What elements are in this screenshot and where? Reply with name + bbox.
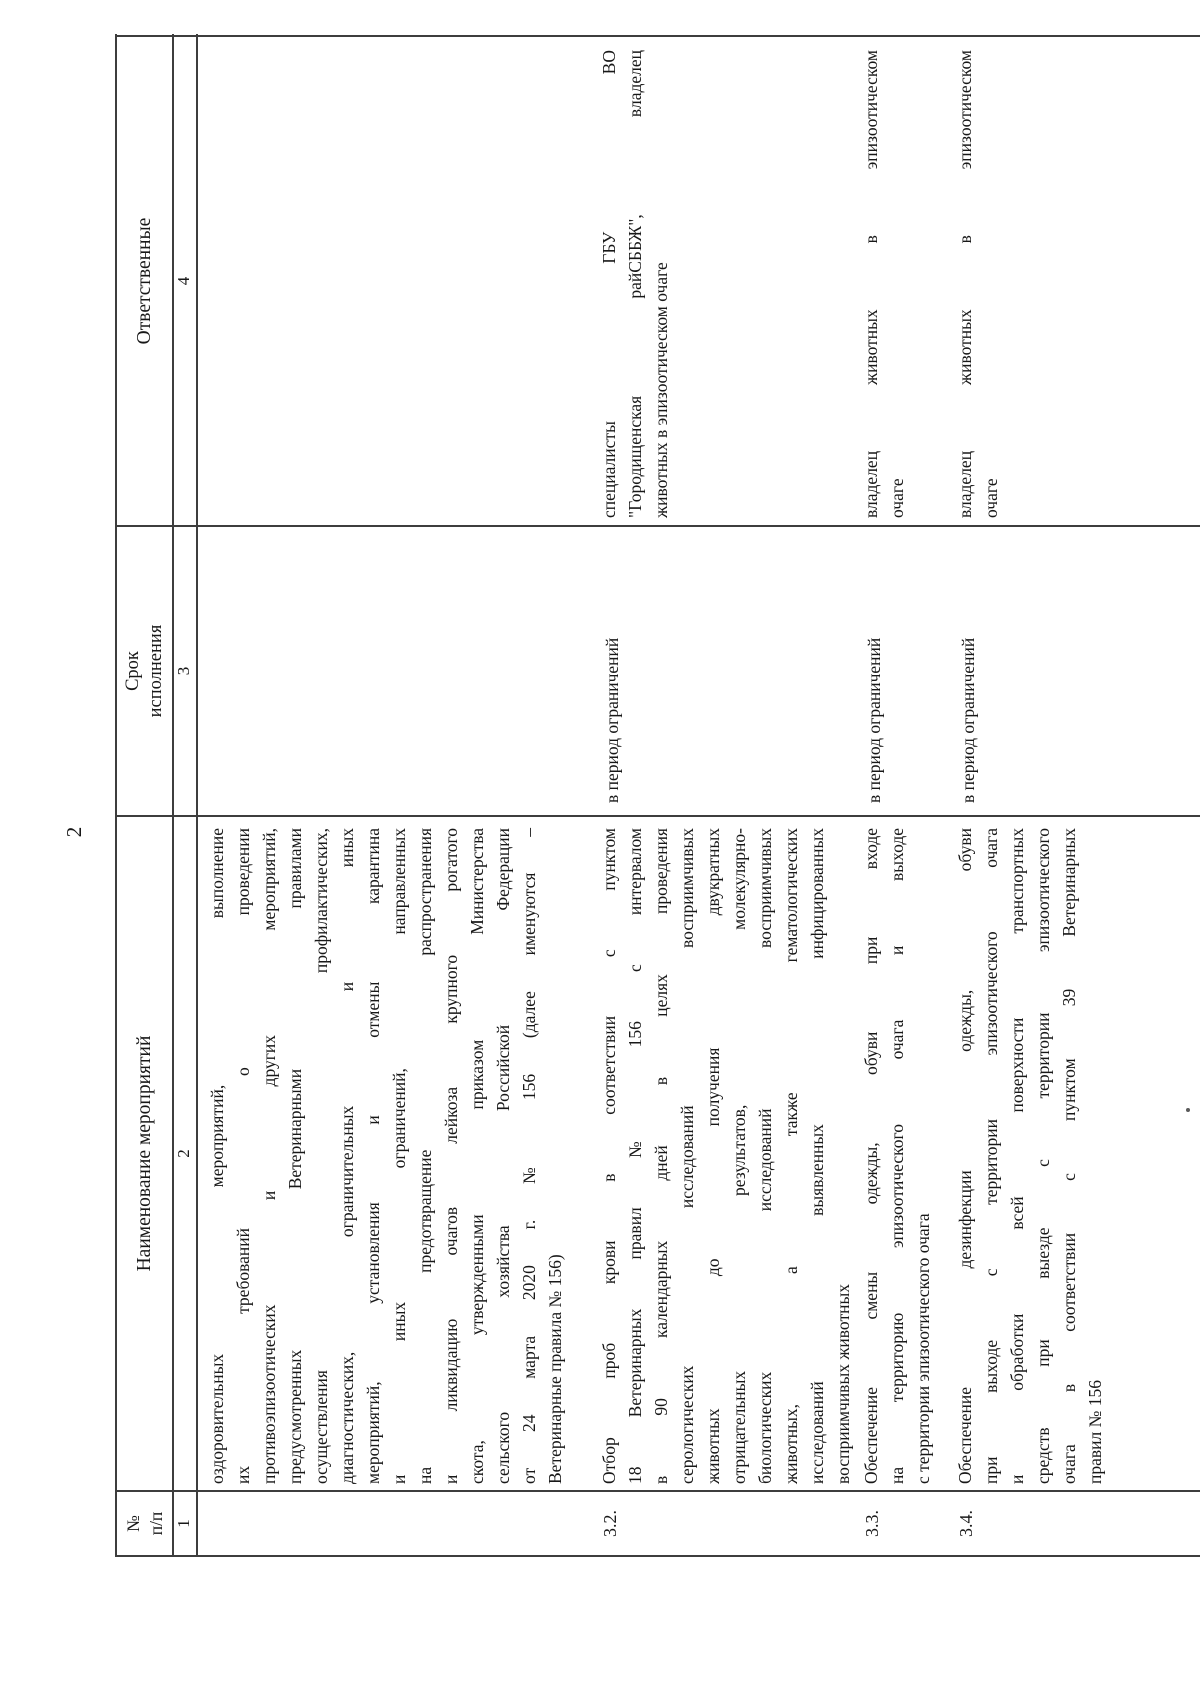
text-line: от 24 марта 2020 г. № 156 (далее именуют… [516, 828, 542, 1484]
table-row-cell-term: в период ограничений [861, 529, 887, 803]
rotated-page-canvas: 2 № п/п Наименование мероприятий Срок ис… [0, 0, 1200, 1696]
text-line: "Городищенская райСББЖ", владелец [622, 50, 648, 518]
text-line: и ликвидацию очагов лейкоза крупного рог… [438, 828, 464, 1484]
table-row-cell-responsible: специалисты ГБУ ВО"Городищенская райСББЖ… [596, 50, 674, 518]
column-index-1: 1 [172, 1491, 196, 1556]
table-row-cell-term: в период ограничений [955, 529, 981, 803]
text-line: очага в соответствии с пунктом 39 Ветери… [1056, 828, 1082, 1484]
text-line: отрицательных результатов, молекулярно- [726, 828, 752, 1484]
text-line: в период ограничений [861, 529, 887, 803]
text-line: животных в эпизоотическом очаге [648, 50, 674, 518]
header-col-term-line1: Срок [122, 651, 145, 691]
text-line: сельского хозяйства Российской Федерации [490, 828, 516, 1484]
text-line: правил № 156 [1082, 828, 1108, 1484]
table-row-cell-name: Отбор проб крови в соответствии с пункто… [596, 828, 856, 1484]
text-line: животных, а также гематологических [778, 828, 804, 1484]
column-index-4: 4 [172, 36, 196, 526]
text-line: скота, утвержденными приказом Министерст… [464, 828, 490, 1484]
text-line: диагностических, ограничительных и иных [334, 828, 360, 1484]
text-line: противоэпизоотических и других мероприят… [256, 828, 282, 1484]
text-line: предусмотренных Ветеринарными правилами [282, 828, 308, 1484]
header-col-term: Срок исполнения [117, 526, 172, 816]
header-col-name-label: Наименование мероприятий [133, 1036, 156, 1272]
text-line: Ветеринарные правила № 156) [542, 828, 568, 1484]
text-line: при выходе с территории эпизоотического … [978, 828, 1004, 1484]
text-line: в период ограничений [955, 529, 981, 803]
column-divider-2 [115, 815, 1200, 817]
table-border-left [115, 1555, 1200, 1557]
column-index-2: 2 [172, 816, 196, 1491]
column-divider-1 [115, 1490, 1200, 1492]
text-line: средств при выезде с территории эпизооти… [1030, 828, 1056, 1484]
column-index-3: 3 [172, 526, 196, 816]
text-line: на территорию эпизоотического очага и вы… [884, 828, 910, 1484]
text-line: мероприятий, установления и отмены каран… [360, 828, 386, 1484]
table-row-cell-name: оздоровительных мероприятий, выполнениеи… [204, 828, 568, 1484]
table-row-cell-responsible: владелец животных в эпизоотическомочаге [858, 50, 910, 518]
table-row-number: 3.4. [956, 1491, 977, 1556]
text-line: животных до получения двукратных [700, 828, 726, 1484]
table-row-number: 3.3. [862, 1491, 883, 1556]
header-col-term-line2: исполнения [145, 625, 168, 718]
index-row-divider-line [196, 34, 198, 1557]
column-divider-3 [115, 525, 1200, 527]
page-number: 2 [62, 804, 87, 860]
text-line: восприимчивых животных [830, 828, 856, 1484]
scan-speck [1186, 1108, 1190, 1112]
header-col-num-line2: п/п [145, 1512, 168, 1536]
text-line: специалисты ГБУ ВО [596, 50, 622, 518]
text-line: серологических исследований восприимчивы… [674, 828, 700, 1484]
text-line: на предотвращение распространения [412, 828, 438, 1484]
text-line: очаге [978, 50, 1004, 518]
text-line: биологических исследований восприимчивых [752, 828, 778, 1484]
text-line: оздоровительных мероприятий, выполнение [204, 828, 230, 1484]
header-col-name: Наименование мероприятий [117, 816, 172, 1491]
text-line: 18 Ветеринарных правил № 156 с интервало… [622, 828, 648, 1484]
header-col-responsible: Ответственные [117, 36, 172, 526]
text-line: Обеспечение дезинфекции одежды, обуви [952, 828, 978, 1484]
header-col-num-line1: № [122, 1515, 145, 1532]
table-row-cell-responsible: владелец животных в эпизоотическомочаге [952, 50, 1004, 518]
text-line: и обработки всей поверхности транспортны… [1004, 828, 1030, 1484]
text-line: очаге [884, 50, 910, 518]
text-line: их требований о проведении [230, 828, 256, 1484]
text-line: в период ограничений [599, 529, 625, 803]
header-col-num: № п/п [117, 1491, 172, 1556]
text-line: Обеспечение смены одежды, обуви при вход… [858, 828, 884, 1484]
scanned-document-page: 2 № п/п Наименование мероприятий Срок ис… [0, 0, 1200, 1696]
header-col-responsible-label: Ответственные [133, 218, 156, 345]
text-line: и иных ограничений, направленных [386, 828, 412, 1484]
table-row-cell-term: в период ограничений [599, 529, 625, 803]
table-row-cell-name: Обеспечение дезинфекции одежды, обувипри… [952, 828, 1108, 1484]
text-line: в 90 календарных дней в целях проведения [648, 828, 674, 1484]
table-row-number: 3.2. [600, 1491, 621, 1556]
text-line: с территории эпизоотического очага [910, 828, 936, 1484]
text-line: владелец животных в эпизоотическом [952, 50, 978, 518]
text-line: осуществления профилактических, [308, 828, 334, 1484]
table-border-right [115, 35, 1200, 37]
text-line: владелец животных в эпизоотическом [858, 50, 884, 518]
table-row-cell-name: Обеспечение смены одежды, обуви при вход… [858, 828, 936, 1484]
text-line: исследований выявленных инфицированных [804, 828, 830, 1484]
text-line: Отбор проб крови в соответствии с пункто… [596, 828, 622, 1484]
